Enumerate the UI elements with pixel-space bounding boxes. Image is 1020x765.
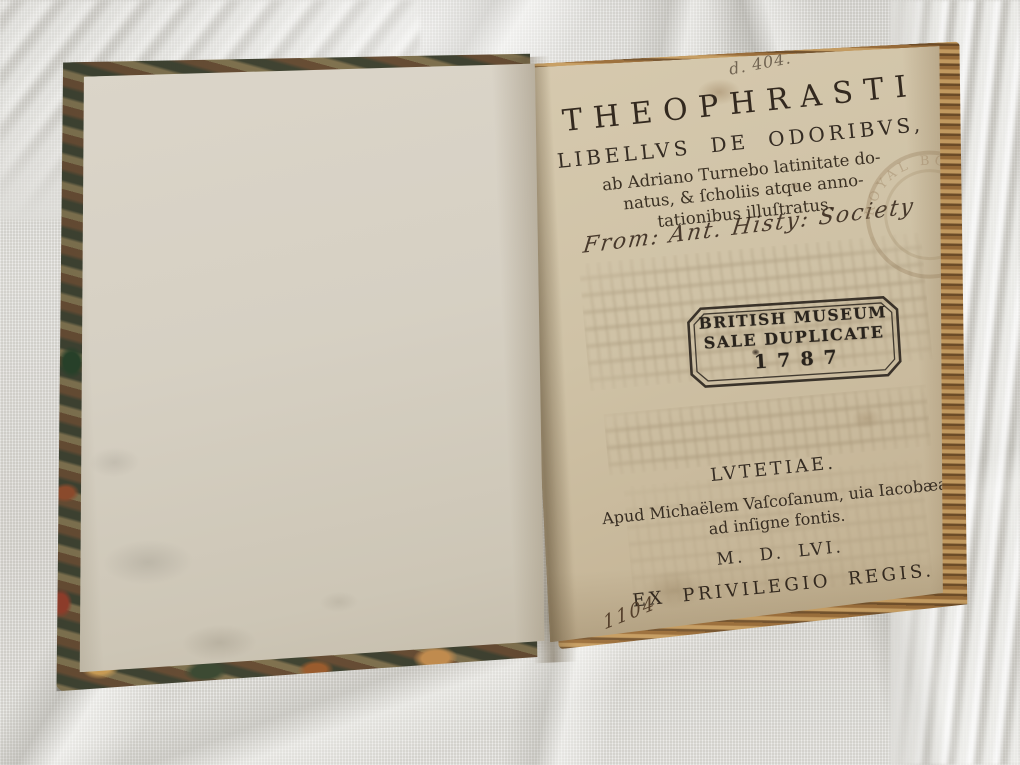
photo-vignette (0, 0, 1020, 765)
photo-stage: d. 404. THEOPHRASTI LIBELLVS DE ODORIBVS… (0, 0, 1020, 765)
